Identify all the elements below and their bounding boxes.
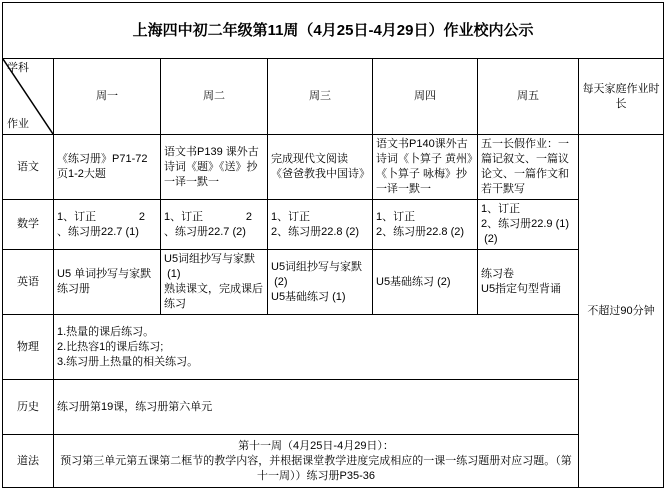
subject-label-physics: 物理 bbox=[3, 315, 54, 380]
cell-math-tuesday: 1、订正 2 、练习册22.7 (2) bbox=[161, 200, 268, 250]
cell-english-wednesday: U5词组抄写与家默 (2) U5基础练习 (1) bbox=[268, 250, 373, 315]
cell-english-tuesday: U5词组抄写与家默 (1) 熟读课文，完成课后练习 bbox=[161, 250, 268, 315]
corner-label-subject: 学科 bbox=[7, 61, 29, 76]
cell-english-friday: 练习卷 U5指定句型背诵 bbox=[478, 250, 579, 315]
cell-chinese-monday: 《练习册》P71-72页1-2大题 bbox=[54, 135, 161, 200]
subject-label-chinese: 语文 bbox=[3, 135, 54, 200]
homework-table: 上海四中初二年级第11周（4月25日-4月29日）作业校内公示 学科 作业 周一… bbox=[2, 2, 664, 488]
header-thursday: 周四 bbox=[373, 59, 478, 135]
header-friday: 周五 bbox=[478, 59, 579, 135]
corner-header-cell: 学科 作业 bbox=[3, 59, 54, 135]
cell-math-friday: 1、订正 2、练习册22.9 (1) (2) bbox=[478, 200, 579, 250]
cell-english-monday: U5 单词抄写与家默 练习册 bbox=[54, 250, 161, 315]
cell-chinese-thursday: 语文书P140课外古诗词《卜算子 黄州》《卜算子 咏梅》抄一译一默一 bbox=[373, 135, 478, 200]
subject-label-english: 英语 bbox=[3, 250, 54, 315]
header-duration: 每天家庭作业时长 bbox=[579, 59, 664, 135]
subject-label-history: 历史 bbox=[3, 380, 54, 435]
cell-math-monday: 1、订正 2 、练习册22.7 (1) bbox=[54, 200, 161, 250]
cell-physics-week: 1.热量的课后练习。 2.比热容1的课后练习; 3.练习册上热量的相关练习。 bbox=[54, 315, 579, 380]
cell-math-wednesday: 1、订正 2、练习册22.8 (2) bbox=[268, 200, 373, 250]
cell-chinese-tuesday: 语文书P139 课外古诗词《题》《送》抄一译一默一 bbox=[161, 135, 268, 200]
header-wednesday: 周三 bbox=[268, 59, 373, 135]
cell-chinese-wednesday: 完成现代文阅读《爸爸教我中国诗》 bbox=[268, 135, 373, 200]
cell-chinese-friday: 五一长假作业：一篇记叙文、一篇议论文、一篇作文和若干默写 bbox=[478, 135, 579, 200]
subject-label-moral-law: 道法 bbox=[3, 435, 54, 488]
duration-value: 不超过90分钟 bbox=[579, 135, 664, 488]
subject-label-math: 数学 bbox=[3, 200, 54, 250]
cell-history-week: 练习册第19课，练习册第六单元 bbox=[54, 380, 579, 435]
corner-label-homework: 作业 bbox=[7, 117, 29, 132]
cell-moral-law-week: 第十一周（4月25日-4月29日）： 预习第三单元第五课第二框节的教学内容，并根… bbox=[54, 435, 579, 488]
cell-english-thursday: U5基础练习 (2) bbox=[373, 250, 478, 315]
page-title: 上海四中初二年级第11周（4月25日-4月29日）作业校内公示 bbox=[3, 3, 664, 59]
header-tuesday: 周二 bbox=[161, 59, 268, 135]
cell-math-thursday: 1、订正 2、练习册22.8 (2) bbox=[373, 200, 478, 250]
header-monday: 周一 bbox=[54, 59, 161, 135]
